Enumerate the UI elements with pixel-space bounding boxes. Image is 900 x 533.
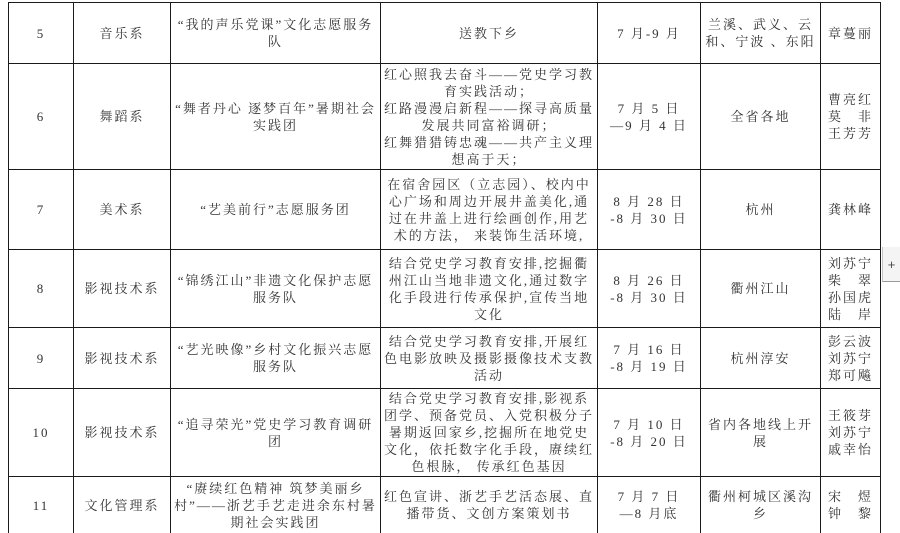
cell-leaders: 彭云波 刘苏宁 郑可飚 <box>821 328 881 389</box>
cell-activity: 红色宣讲、浙艺手艺活态展、直播带货、文创方案策划书 <box>381 477 598 533</box>
cell-team-name: “追寻荣光”党史学习教育调研团 <box>171 389 381 477</box>
cell-row-number: 10 <box>9 389 74 477</box>
cell-date: 7 月-9 月 <box>598 3 701 64</box>
document-page: 5 音乐系 “我的声乐党课”文化志愿服务队 送教下乡 7 月-9 月 兰溪、武义… <box>0 0 900 533</box>
cell-date: 7 月 7 日 —8 月底 <box>598 477 701 533</box>
cell-date: 8 月 26 日 -8 月 30 日 <box>598 250 701 328</box>
collapse-handle[interactable]: + <box>882 247 900 282</box>
cell-activity: 结合党史学习教育安排,开展红色电影放映及摄影摄像技术支教活动 <box>381 328 598 389</box>
cell-leaders: 章蔓丽 <box>821 3 881 64</box>
cell-row-number: 7 <box>9 170 74 250</box>
cell-department: 影视技术系 <box>74 389 171 477</box>
cell-team-name: “艺光映像”乡村文化振兴志愿服务队 <box>171 328 381 389</box>
cell-leaders: 宋 煜 钟 黎 <box>821 477 881 533</box>
cell-row-number: 5 <box>9 3 74 64</box>
cell-location: 杭州 <box>701 170 821 250</box>
cell-date: 8 月 28 日 -8 月 30 日 <box>598 170 701 250</box>
cell-activity: 在宿舍园区（立志园）、校内中心广场和周边开展井盖美化,通过在井盖上进行绘画创作,… <box>381 170 598 250</box>
cell-date: 7 月 10 日 -8 月 20 日 <box>598 389 701 477</box>
cell-team-name: “我的声乐党课”文化志愿服务队 <box>171 3 381 64</box>
cell-team-name: “艺美前行”志愿服务团 <box>171 170 381 250</box>
cell-date: 7 月 5 日 —9 月 4 日 <box>598 64 701 170</box>
cell-activity: 红心照我去奋斗——党史学习教育实践活动； 红路漫漫启新程——探寻高质量发展共同富… <box>381 64 598 170</box>
cell-row-number: 6 <box>9 64 74 170</box>
practice-teams-table: 5 音乐系 “我的声乐党课”文化志愿服务队 送教下乡 7 月-9 月 兰溪、武义… <box>8 2 881 533</box>
cell-department: 影视技术系 <box>74 328 171 389</box>
cell-activity: 送教下乡 <box>381 3 598 64</box>
table-row: 8 影视技术系 “锦绣江山”非遗文化保护志愿服务队 结合党史学习教育安排,挖掘衢… <box>9 250 881 328</box>
table-row: 9 影视技术系 “艺光映像”乡村文化振兴志愿服务队 结合党史学习教育安排,开展红… <box>9 328 881 389</box>
cell-leaders: 曹亮红 莫 非 王芳芳 <box>821 64 881 170</box>
cell-row-number: 8 <box>9 250 74 328</box>
cell-location: 省内各地线上开展 <box>701 389 821 477</box>
cell-location: 衢州柯城区溪沟乡 <box>701 477 821 533</box>
plus-icon[interactable]: + <box>888 257 896 272</box>
cell-department: 舞蹈系 <box>74 64 171 170</box>
cell-activity: 结合党史学习教育安排,挖掘衢州江山当地非遗文化,通过数字化手段进行传承保护,宣传… <box>381 250 598 328</box>
table-row: 6 舞蹈系 “舞者丹心 逐梦百年”暑期社会实践团 红心照我去奋斗——党史学习教育… <box>9 64 881 170</box>
cell-row-number: 9 <box>9 328 74 389</box>
cell-leaders: 刘苏宁 柴 翠 孙国虎 陆 岸 <box>821 250 881 328</box>
table-row: 11 文化管理系 “赓续红色精神 筑梦美丽乡村”——浙艺手艺走进余东村暑期社会实… <box>9 477 881 533</box>
cell-leaders: 龚林峰 <box>821 170 881 250</box>
table-row: 5 音乐系 “我的声乐党课”文化志愿服务队 送教下乡 7 月-9 月 兰溪、武义… <box>9 3 881 64</box>
cell-date: 7 月 16 日 -8 月 19 日 <box>598 328 701 389</box>
cell-location: 兰溪、武义、云和、宁波 、东阳 <box>701 3 821 64</box>
cell-department: 文化管理系 <box>74 477 171 533</box>
cell-leaders: 王筱芽 刘苏宁 戚幸怡 <box>821 389 881 477</box>
cell-team-name: “舞者丹心 逐梦百年”暑期社会实践团 <box>171 64 381 170</box>
cell-department: 美术系 <box>74 170 171 250</box>
cell-location: 全省各地 <box>701 64 821 170</box>
cell-row-number: 11 <box>9 477 74 533</box>
cell-location: 杭州淳安 <box>701 328 821 389</box>
cell-team-name: “赓续红色精神 筑梦美丽乡村”——浙艺手艺走进余东村暑期社会实践团 <box>171 477 381 533</box>
table-row: 10 影视技术系 “追寻荣光”党史学习教育调研团 结合党史学习教育安排,影视系团… <box>9 389 881 477</box>
cell-team-name: “锦绣江山”非遗文化保护志愿服务队 <box>171 250 381 328</box>
cell-location: 衢州江山 <box>701 250 821 328</box>
cell-activity: 结合党史学习教育安排,影视系团学、预备党员、入党积极分子暑期返回家乡,挖掘所在地… <box>381 389 598 477</box>
table-row: 7 美术系 “艺美前行”志愿服务团 在宿舍园区（立志园）、校内中心广场和周边开展… <box>9 170 881 250</box>
table-body: 5 音乐系 “我的声乐党课”文化志愿服务队 送教下乡 7 月-9 月 兰溪、武义… <box>9 3 881 533</box>
cell-department: 影视技术系 <box>74 250 171 328</box>
cell-department: 音乐系 <box>74 3 171 64</box>
